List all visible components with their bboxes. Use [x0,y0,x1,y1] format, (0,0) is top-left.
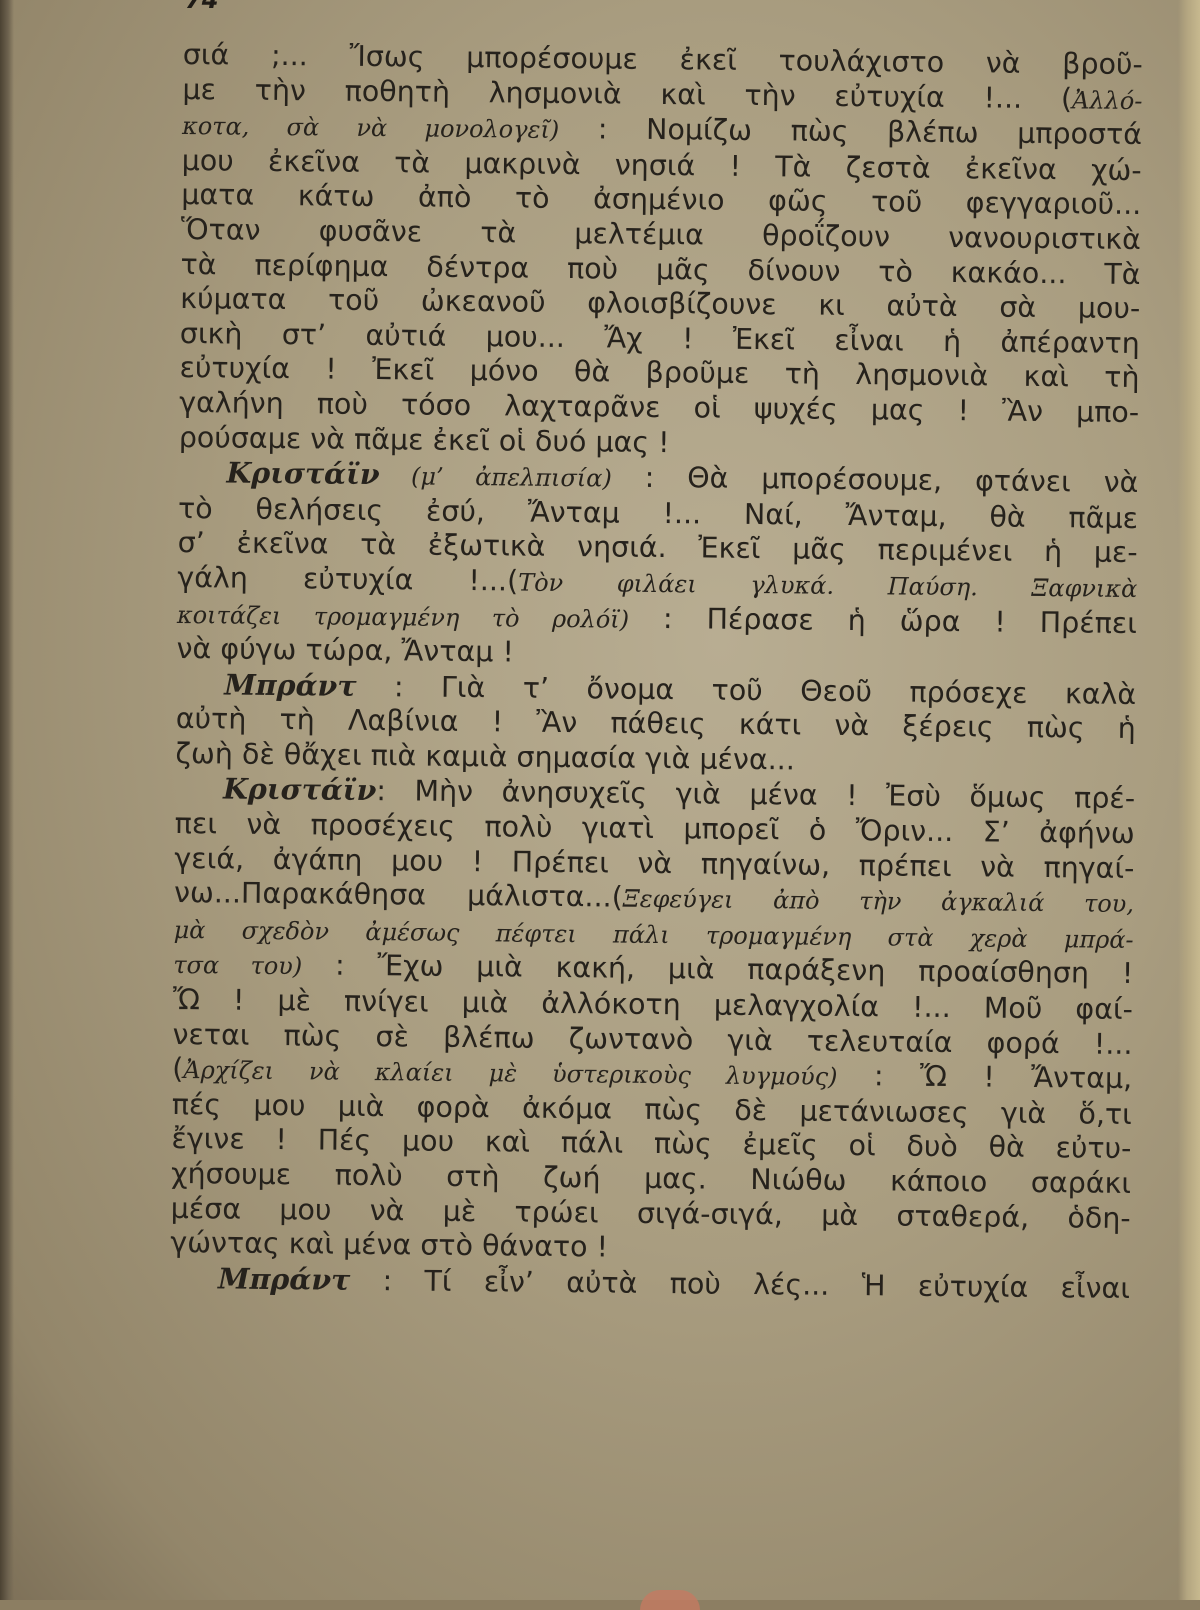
dialogue-text: : Ὤ ! Ἄνταμ, [837,1059,1132,1095]
stage-direction: Ἀλλό- [1072,86,1143,115]
stage-direction: κοτα, σὰ νὰ μονολογεῖ) [182,112,559,144]
stage-direction: Τὸν φιλάει γλυκά. Παύση. Ξαφνικὰ [518,568,1137,602]
speaker-name: Μπράντ [218,1261,351,1296]
speaker-name: Μπράντ [224,667,357,702]
dialogue-text: ρούσαμε νὰ πᾶμε ἐκεῖ οἱ δυό μας ! [179,421,670,459]
dialogue-text: νὰ φύγω τώρα, Ἄνταμ ! [176,632,514,669]
book-page: 74 σιά ;... Ἴσως μπορέσουμε ἐκεῖ τουλάχι… [0,0,1200,1600]
stage-direction: Ἀρχίζει νὰ κλαίει μὲ ὑστερικοὺς λυγμούς) [183,1056,837,1091]
speaker-name: Κριστάϊν [223,772,377,808]
page-edge [1178,0,1200,1600]
finger-tip [640,1590,700,1600]
stage-direction: τσα του) [173,951,302,980]
stage-direction: Ξεφεύγει ἀπὸ τὴν ἀγκαλιά του, [623,885,1134,918]
stage-direction: κοιτάζει τρομαγμένη τὸ ρολόϊ) [177,600,629,633]
dialogue-text: : Πέρασε ἡ ὥρα ! Πρέπει [629,601,1137,639]
dialogue-text: : Τί εἶν’ αὐτὰ ποὺ λές... Ἡ εὐτυχία εἶνα… [350,1264,1130,1305]
play-text-body: σιά ;... Ἴσως μπορέσουμε ἐκεῖ τουλάχιστο… [170,38,1143,1306]
dialogue-text: : Νομίζω πὼς βλέπω μπροστά [559,112,1142,151]
dialogue-text: νω...Παρακάθησα μάλιστα...( [174,876,623,914]
dialogue-text: γάλη εὐτυχία !...( [177,561,518,598]
speaker-name: Κριστάϊν [226,456,380,492]
dialogue-text: : Θὰ μπορέσουμε, φτάνει νὰ [612,461,1139,500]
book-spine-shadow [0,0,14,1600]
dialogue-text: ζωὴ δὲ θἄχει πιὰ καμιὰ σημασία γιὰ μένα.… [175,737,795,776]
dialogue-text: ( [172,1052,183,1085]
dialogue-text: γώντας καὶ μένα στὸ θάνατο ! [170,1226,608,1264]
stage-direction: (μ’ ἀπελπισία) [379,462,611,492]
page-number: 74 [185,0,218,14]
